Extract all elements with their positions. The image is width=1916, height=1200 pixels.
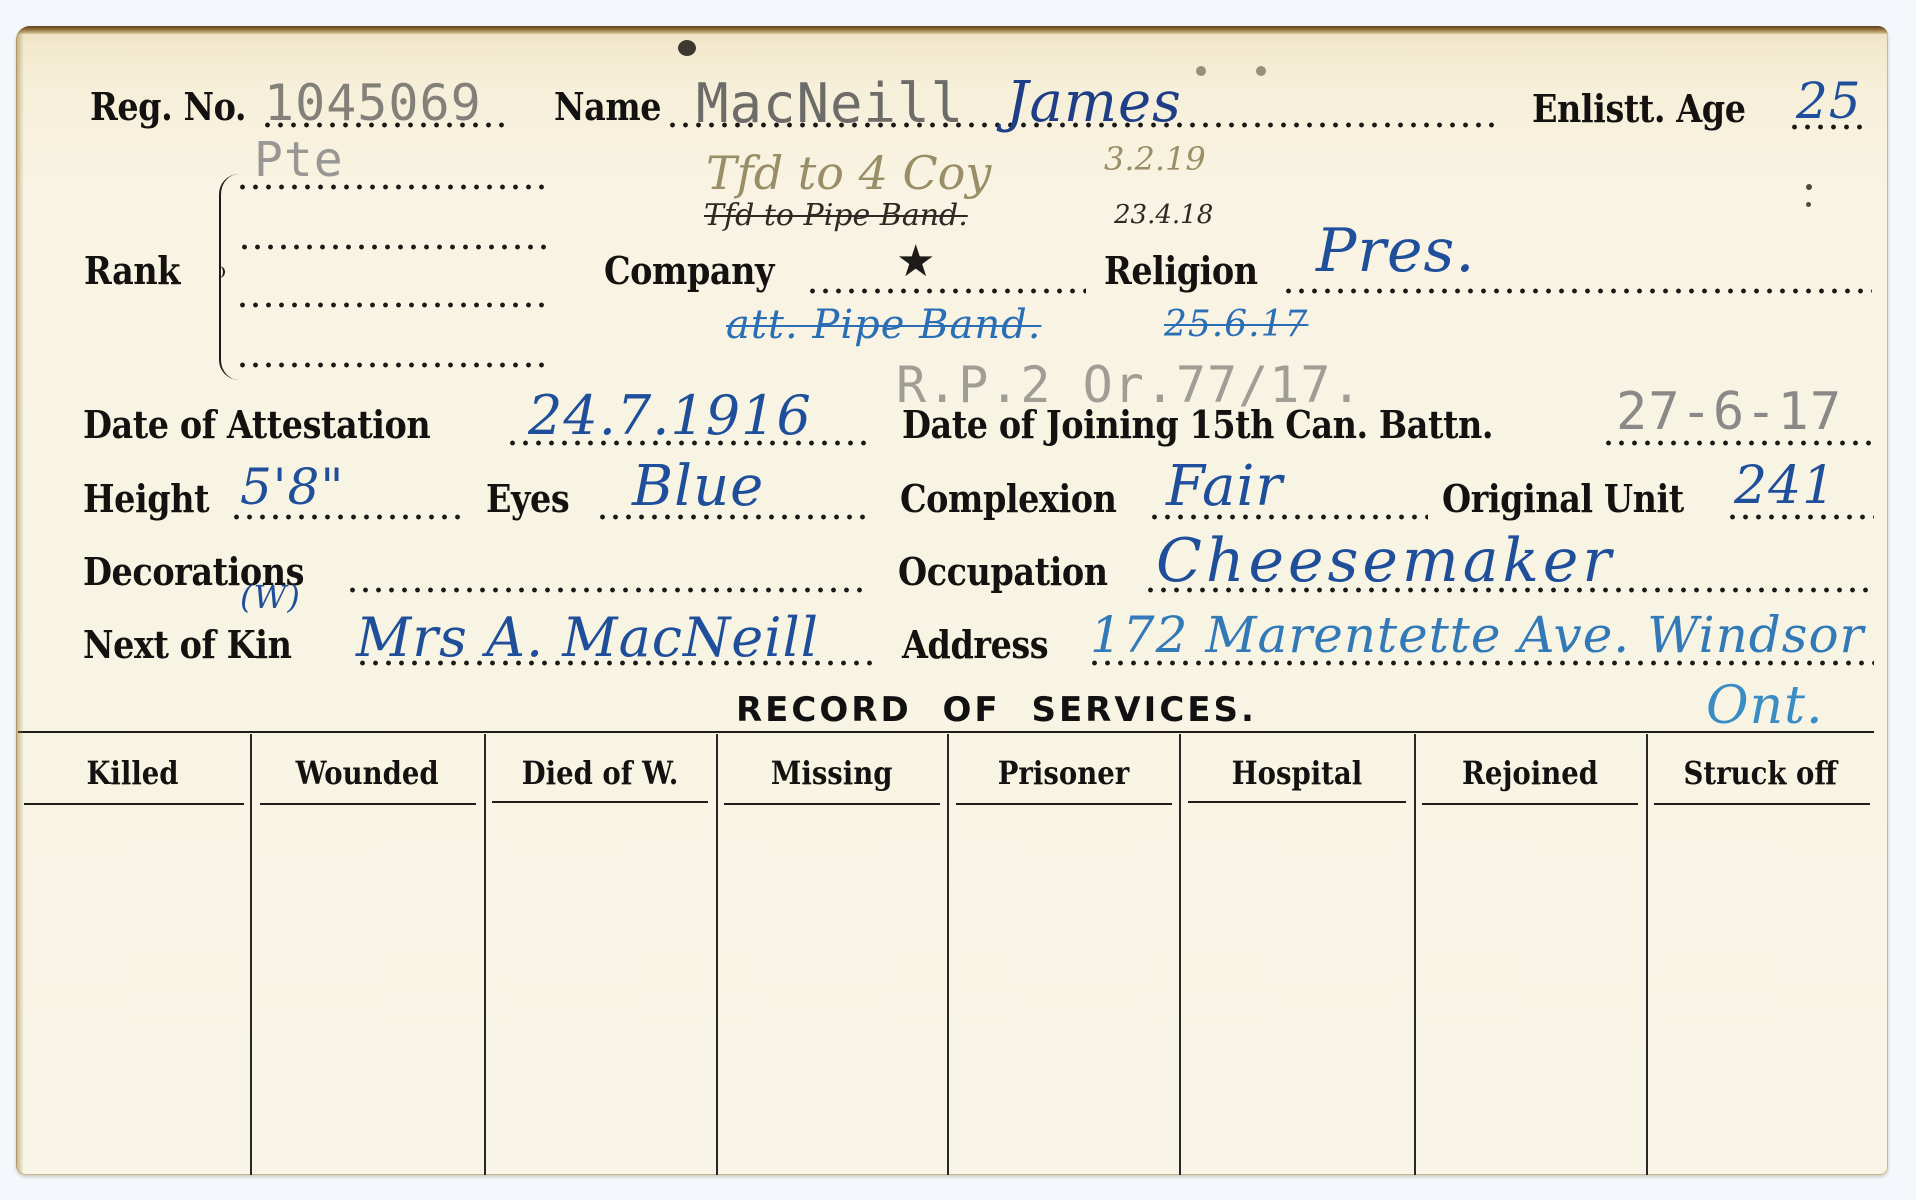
address-value: 172 Marentette Ave. Windsor — [1090, 606, 1864, 664]
decorations-dotline — [346, 587, 866, 593]
header-underline — [1188, 801, 1406, 803]
company-annotation-2-date: 23.4.18 — [1114, 200, 1213, 230]
attestation-value: 24.7.1916 — [528, 384, 812, 447]
age-value: 25 — [1796, 72, 1862, 130]
company-dotline — [806, 288, 1086, 294]
column-header-killed: Killed — [16, 743, 250, 803]
column-label: Killed — [87, 754, 179, 792]
column-label: Hospital — [1231, 754, 1362, 792]
religion-label: Religion — [1104, 248, 1258, 293]
paper-stain — [1806, 184, 1812, 190]
header-underline — [1654, 803, 1870, 805]
header-underline — [1422, 803, 1638, 805]
name-label: Name — [554, 84, 661, 129]
paper-stain — [1806, 202, 1811, 207]
reg-no-label: Reg. No. — [90, 84, 246, 129]
company-annotation-3: att. Pipe Band. — [726, 302, 1041, 348]
address-line2: Ont. — [1706, 676, 1824, 736]
next-of-kin-label: Next of Kin — [83, 622, 291, 667]
header-underline — [492, 801, 708, 803]
next-of-kin-relation: (W) — [240, 578, 301, 616]
column-label: Wounded — [295, 754, 438, 792]
header-underline — [956, 803, 1172, 805]
column-label: Rejoined — [1462, 754, 1598, 792]
column-header-died-of-wounds: Died of W. — [484, 743, 716, 803]
column-label: Died of W. — [522, 754, 679, 792]
height-value: 5'8" — [240, 458, 344, 516]
next-of-kin-value: Mrs A. MacNeill — [356, 606, 819, 669]
rank-dotline-2 — [238, 244, 552, 250]
header-underline — [260, 803, 476, 805]
rank-bracket — [219, 174, 245, 380]
rank-label: Rank — [84, 248, 180, 293]
rank-dotline-4 — [236, 362, 546, 368]
company-annotation-1-date: 3.2.19 — [1104, 140, 1206, 178]
paper-stain — [1196, 66, 1206, 76]
enlist-age-label: Enlistt. Age — [1532, 86, 1746, 131]
record-of-services-title: RECORD OF SERVICES. — [736, 690, 1257, 730]
column-header-struck-off: Struck off — [1646, 743, 1874, 803]
original-unit-label: Original Unit — [1442, 476, 1684, 521]
column-header-prisoner: Prisoner — [947, 743, 1179, 803]
record-top-rule — [18, 731, 1874, 733]
name-given-value: James — [1006, 70, 1182, 135]
service-record-card: Reg. No. 1045069 Name MacNeill James Enl… — [16, 26, 1888, 1175]
column-header-wounded: Wounded — [250, 743, 484, 803]
joining-value: 27-6-17 — [1616, 382, 1842, 442]
rank-dotline-3 — [236, 302, 546, 308]
company-annotation-2: Tfd to Pipe Band. — [704, 198, 968, 233]
company-annotation-3-date: 25.6.17 — [1164, 304, 1308, 345]
eyes-value: Blue — [632, 454, 764, 519]
paper-stain — [1256, 66, 1266, 76]
ink-blot — [678, 40, 696, 56]
column-header-hospital: Hospital — [1179, 743, 1414, 803]
column-header-rejoined: Rejoined — [1414, 743, 1646, 803]
column-label: Prisoner — [997, 754, 1129, 792]
occupation-label: Occupation — [898, 549, 1108, 594]
religion-dotline — [1282, 288, 1872, 294]
attestation-label: Date of Attestation — [83, 402, 430, 447]
occupation-value: Cheesemaker — [1156, 526, 1615, 596]
rank-value: Pte — [254, 132, 344, 188]
height-label: Height — [83, 476, 209, 521]
reg-no-value: 1045069 — [264, 74, 482, 132]
star-mark-icon: ★ — [896, 236, 935, 287]
rank-dotline-1 — [236, 184, 546, 190]
eyes-label: Eyes — [486, 476, 569, 521]
header-underline — [724, 803, 940, 805]
name-surname-value: MacNeill — [696, 72, 964, 135]
religion-value: Pres. — [1316, 216, 1475, 286]
company-annotation-1: Tfd to 4 Coy — [706, 146, 991, 200]
original-unit-value: 241 — [1734, 456, 1836, 516]
column-header-missing: Missing — [716, 743, 947, 803]
company-label: Company — [604, 248, 774, 293]
rank-bracket-tip — [209, 266, 225, 278]
complexion-label: Complexion — [900, 476, 1117, 521]
header-underline — [24, 803, 244, 805]
address-label: Address — [902, 622, 1048, 667]
annotation-text: Tfd to 4 Coy — [706, 146, 991, 200]
column-label: Struck off — [1683, 754, 1836, 792]
complexion-value: Fair — [1166, 454, 1283, 519]
joining-label: Date of Joining 15th Can. Battn. — [902, 402, 1493, 447]
column-label: Missing — [771, 754, 893, 792]
